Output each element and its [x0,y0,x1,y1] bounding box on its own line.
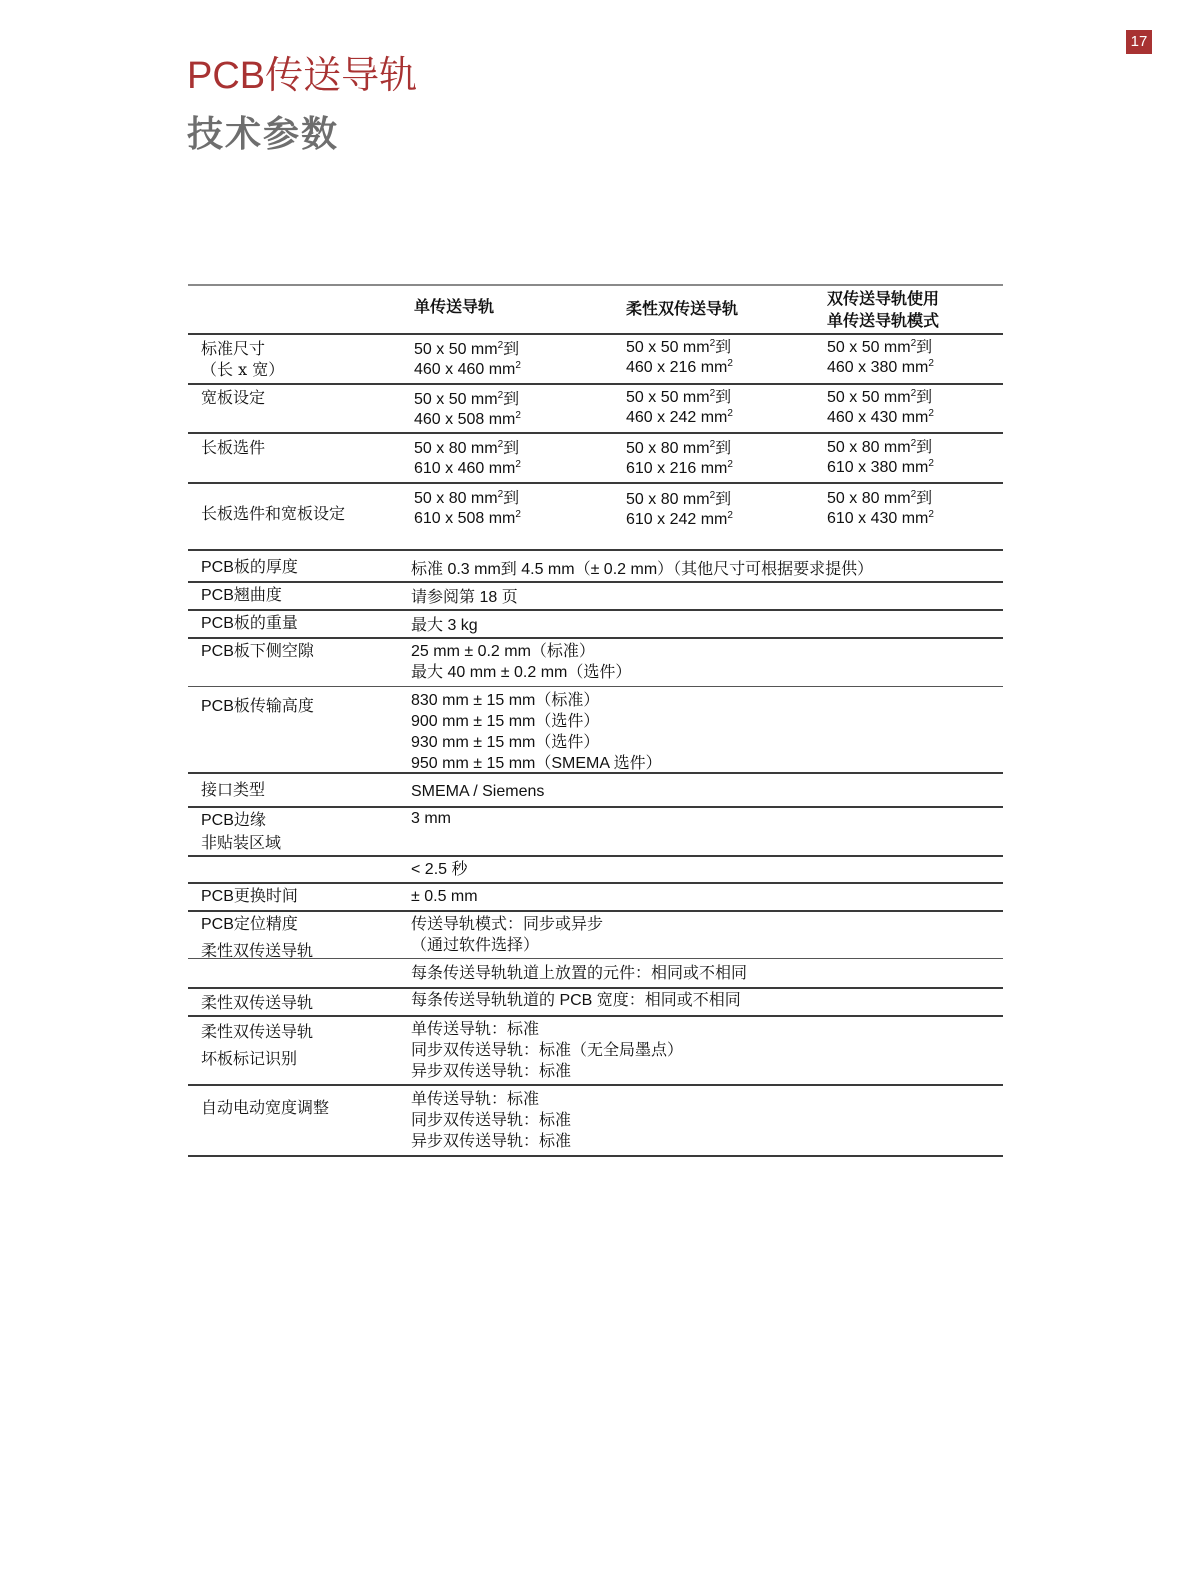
spec-label: 接口类型 [201,779,265,800]
row-rule [188,482,1003,484]
spec-value: 最大 3 kg [411,615,478,636]
cell-flex-dual: 460 x 242 mm2 [626,407,733,428]
row-label: （长 x 宽） [201,359,284,380]
cell-dual-single-mode: 50 x 80 mm2到 [827,487,932,509]
col-header-dual-single-mode-l2: 单传送导轨模式 [827,310,939,332]
spec-label: PCB更换时间 [201,886,298,907]
cell-single: 460 x 460 mm2 [414,359,521,380]
cell-single: 50 x 50 mm2到 [414,388,519,410]
row-label: 长板选件和宽板设定 [201,503,345,524]
row-rule [188,383,1003,385]
row-rule [188,772,1003,774]
spec-value: 同步双传送导轨：标准（无全局墨点） [411,1039,683,1060]
spec-value: 900 mm ± 15 mm（选件） [411,711,599,732]
cell-flex-dual: 610 x 216 mm2 [626,458,733,479]
row-rule [188,549,1003,551]
table-bottom-rule [188,1155,1003,1157]
cell-single: 610 x 508 mm2 [414,508,521,529]
spec-value: 每条传送导轨轨道上放置的元件：相同或不相同 [411,962,747,983]
row-label: 宽板设定 [201,387,265,408]
spec-value: ± 0.5 mm [411,886,478,907]
cell-flex-dual: 50 x 50 mm2到 [626,386,731,408]
cell-dual-single-mode: 610 x 430 mm2 [827,508,934,529]
spec-label: 坏板标记识别 [201,1048,297,1069]
row-rule [188,806,1003,808]
cell-dual-single-mode: 460 x 430 mm2 [827,407,934,428]
spec-label: 自动电动宽度调整 [201,1097,329,1118]
row-rule [188,910,1003,912]
cell-single: 50 x 80 mm2到 [414,437,519,459]
spec-label: 柔性双传送导轨 [201,1021,313,1042]
spec-value: 最大 40 mm ± 0.2 mm（选件） [411,662,631,683]
spec-value: 单传送导轨：标准 [411,1018,539,1039]
cell-flex-dual: 50 x 80 mm2到 [626,437,731,459]
spec-label: PCB板的重量 [201,613,298,634]
header-rule [188,333,1003,335]
spec-value: 异步双传送导轨：标准 [411,1130,571,1151]
cell-flex-dual: 50 x 80 mm2到 [626,488,731,510]
spec-value: 930 mm ± 15 mm（选件） [411,732,599,753]
cell-single: 50 x 80 mm2到 [414,487,519,509]
row-rule [188,432,1003,434]
page-subtitle: 技术参数 [187,110,339,158]
spec-value: 异步双传送导轨：标准 [411,1060,571,1081]
spec-label: PCB板传输高度 [201,696,314,717]
cell-flex-dual: 460 x 216 mm2 [626,357,733,378]
spec-value: 标准 0.3 mm到 4.5 mm（± 0.2 mm）（其他尺寸可根据要求提供） [411,559,873,580]
spec-value: 3 mm [411,808,451,829]
page-title: PCB传送导轨 [187,52,417,100]
row-rule [188,855,1003,857]
row-rule [188,987,1003,989]
col-header-dual-single-mode-l1: 双传送导轨使用 [827,288,939,310]
cell-dual-single-mode: 460 x 380 mm2 [827,357,934,378]
spec-value: 950 mm ± 15 mm（SMEMA 选件） [411,753,662,774]
col-header-flex-dual: 柔性双传送导轨 [626,298,738,320]
spec-value: < 2.5 秒 [411,859,467,880]
spec-value: 请参阅第 18 页 [411,587,518,608]
spec-value: 25 mm ± 0.2 mm（标准） [411,641,595,662]
cell-single: 610 x 460 mm2 [414,458,521,479]
cell-single: 460 x 508 mm2 [414,409,521,430]
page-number-badge: 17 [1126,30,1152,54]
row-rule [188,686,1003,687]
cell-flex-dual: 50 x 50 mm2到 [626,336,731,358]
table-top-rule [188,284,1003,286]
spec-value: （通过软件选择） [411,934,539,955]
row-label: 长板选件 [201,437,265,458]
spec-value: 830 mm ± 15 mm（标准） [411,690,599,711]
spec-label: PCB板的厚度 [201,557,298,578]
row-rule [188,1015,1003,1017]
cell-dual-single-mode: 50 x 50 mm2到 [827,386,932,408]
cell-single: 50 x 50 mm2到 [414,338,519,360]
row-rule [188,958,1003,959]
cell-flex-dual: 610 x 242 mm2 [626,509,733,530]
row-label: 标准尺寸 [201,338,265,359]
spec-value: 单传送导轨：标准 [411,1088,539,1109]
spec-label: PCB定位精度 [201,914,298,935]
spec-value: SMEMA / Siemens [411,781,544,802]
row-rule [188,637,1003,639]
spec-value: 传送导轨模式：同步或异步 [411,913,603,934]
spec-label: PCB边缘 [201,810,266,831]
spec-label: 非贴装区域 [201,832,281,853]
spec-label: PCB翘曲度 [201,585,282,606]
row-rule [188,882,1003,884]
spec-label: 柔性双传送导轨 [201,992,313,1013]
cell-dual-single-mode: 610 x 380 mm2 [827,457,934,478]
spec-value: 每条传送导轨轨道的 PCB 宽度：相同或不相同 [411,990,741,1011]
spec-label: PCB板下侧空隙 [201,641,314,662]
row-rule [188,1084,1003,1086]
row-rule [188,609,1003,611]
col-header-single: 单传送导轨 [414,296,494,318]
spec-value: 同步双传送导轨：标准 [411,1109,571,1130]
row-rule [188,581,1003,583]
cell-dual-single-mode: 50 x 80 mm2到 [827,436,932,458]
cell-dual-single-mode: 50 x 50 mm2到 [827,336,932,358]
